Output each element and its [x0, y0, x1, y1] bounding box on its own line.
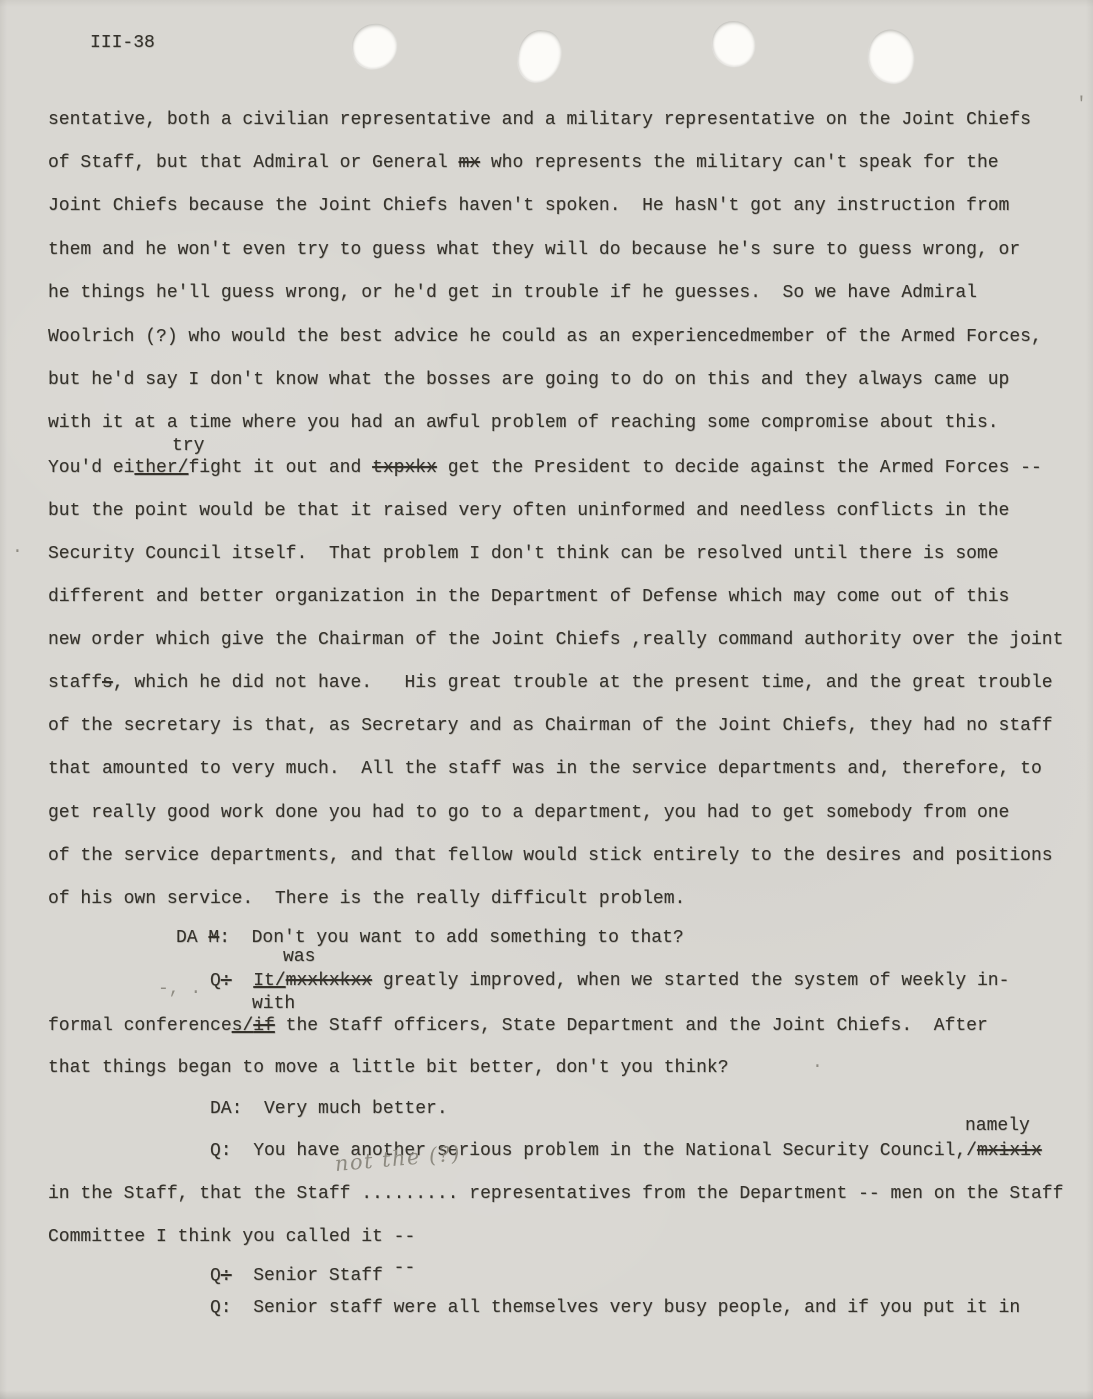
- text-segment: of his own service. There is the really …: [48, 889, 685, 909]
- dialogue-line: Q: Senior staff were all themselves very…: [210, 1298, 1020, 1319]
- text-segment: -, .: [158, 979, 201, 999]
- text-segment: Q: You have another serious problem in t…: [210, 1141, 977, 1161]
- text-line: them and he won't even try to guess what…: [48, 240, 1020, 261]
- punch-hole: [862, 25, 920, 87]
- text-segment: was: [283, 947, 315, 967]
- stray-mark: ': [1076, 95, 1087, 116]
- text-segment: DA: [176, 928, 208, 948]
- text-segment: different and better organization in the…: [48, 587, 1009, 607]
- text-segment: staff: [48, 673, 102, 693]
- struck-text: M: [208, 928, 219, 948]
- text-segment: ': [1076, 95, 1087, 115]
- text-segment: ther/: [134, 458, 188, 478]
- stray-mark: .: [12, 538, 23, 559]
- text-line: sentative, both a civilian representativ…: [48, 110, 1031, 131]
- punch-hole: [712, 21, 755, 66]
- punch-hole: [515, 28, 564, 85]
- struck-text: txpxkx: [372, 458, 437, 478]
- text-segment: Security Council itself. That problem I …: [48, 544, 999, 564]
- text-line: with it at a time where you had an awful…: [48, 413, 999, 434]
- text-segment: Committee I think you called it --: [48, 1227, 415, 1247]
- text-line: You'd either/fight it out and txpxkx get…: [48, 458, 1042, 479]
- text-line: of his own service. There is the really …: [48, 889, 685, 910]
- text-segment: DA: Very much better.: [210, 1099, 448, 1119]
- text-segment: Woolrich (?) who would the best advice h…: [48, 327, 1042, 347]
- text-segment: [232, 971, 254, 991]
- text-line: new order which give the Chairman of the…: [48, 630, 1063, 651]
- inserted-word: was: [283, 947, 315, 968]
- text-line: but the point would be that it raised ve…: [48, 501, 1009, 522]
- text-segment: with it at a time where you had an awful…: [48, 413, 999, 433]
- text-segment: fight it out and: [188, 458, 372, 478]
- text-segment: You'd ei: [48, 458, 134, 478]
- dialogue-line: Q: It/mxxkxkxx greatly improved, when we…: [210, 971, 1009, 992]
- inserted-word: try: [172, 436, 204, 457]
- struck-text: mx: [458, 153, 480, 173]
- struck-text: :: [221, 971, 232, 991]
- text-line: different and better organization in the…: [48, 587, 1009, 608]
- text-line: Security Council itself. That problem I …: [48, 544, 999, 565]
- text-segment: with: [252, 994, 295, 1014]
- document-page: III-38 sentative, both a civilian repres…: [0, 0, 1093, 1399]
- text-segment: It/: [253, 971, 285, 991]
- text-segment: : Don't you want to add something to tha…: [219, 928, 683, 948]
- text-segment: who represents the military can't speak …: [480, 153, 998, 173]
- text-segment: in the Staff, that the Staff ......... r…: [48, 1184, 1063, 1204]
- text-segment: sentative, both a civilian representativ…: [48, 110, 1031, 130]
- text-segment: get the President to decide against the …: [437, 458, 1042, 478]
- text-segment: new order which give the Chairman of the…: [48, 630, 1063, 650]
- text-segment: .: [812, 1053, 823, 1073]
- dialogue-line: DA M: Don't you want to add something to…: [176, 928, 684, 949]
- struck-text: mxixix: [977, 1141, 1042, 1161]
- text-line: he things he'll guess wrong, or he'd get…: [48, 283, 977, 304]
- text-segment: formal conference: [48, 1016, 232, 1036]
- stray-mark: .: [812, 1053, 823, 1074]
- text-segment: them and he won't even try to guess what…: [48, 240, 1020, 260]
- text-line: get really good work done you had to go …: [48, 803, 1009, 824]
- text-line: of the service departments, and that fel…: [48, 846, 1053, 867]
- text-line: Woolrich (?) who would the best advice h…: [48, 327, 1042, 348]
- struck-text: mxxkxkxx: [286, 971, 372, 991]
- text-segment: namely: [965, 1116, 1030, 1136]
- struck-text: :: [221, 1266, 232, 1286]
- text-segment: the Staff officers, State Department and…: [275, 1016, 988, 1036]
- text-line: formal conferences/if the Staff officers…: [48, 1016, 988, 1037]
- text-segment: get really good work done you had to go …: [48, 803, 1009, 823]
- struck-text: if: [253, 1016, 275, 1036]
- text-segment: Q: [210, 971, 221, 991]
- text-segment: of Staff, but that Admiral or General: [48, 153, 458, 173]
- text-segment: of the service departments, and that fel…: [48, 846, 1053, 866]
- text-segment: Joint Chiefs because the Joint Chiefs ha…: [48, 196, 1009, 216]
- text-line: staffs, which he did not have. His great…: [48, 673, 1053, 694]
- text-line: of Staff, but that Admiral or General mx…: [48, 153, 999, 174]
- page-number: III-38: [90, 33, 155, 54]
- stray-mark: -, .: [158, 979, 201, 1000]
- text-line: in the Staff, that the Staff ......... r…: [48, 1184, 1063, 1205]
- text-line: Joint Chiefs because the Joint Chiefs ha…: [48, 196, 1009, 217]
- struck-text: s: [102, 673, 113, 693]
- text-segment: .: [12, 538, 23, 558]
- text-line: that things began to move a little bit b…: [48, 1058, 729, 1079]
- text-segment: Q: Senior staff were all themselves very…: [210, 1298, 1020, 1318]
- text-segment: but the point would be that it raised ve…: [48, 501, 1009, 521]
- text-line: Committee I think you called it --: [48, 1227, 415, 1248]
- text-segment: he things he'll guess wrong, or he'd get…: [48, 283, 977, 303]
- dialogue-line: Q: Senior Staff --: [210, 1266, 415, 1287]
- text-line: that amounted to very much. All the staf…: [48, 759, 1042, 780]
- text-segment: of the secretary is that, as Secretary a…: [48, 716, 1053, 736]
- text-segment: , which he did not have. His great troub…: [113, 673, 1053, 693]
- inserted-word: namely: [965, 1116, 1030, 1137]
- dialogue-line: DA: Very much better.: [210, 1099, 448, 1120]
- text-segment: s/: [232, 1016, 254, 1036]
- text-segment: but he'd say I don't know what the bosse…: [48, 370, 1009, 390]
- text-line: of the secretary is that, as Secretary a…: [48, 716, 1053, 737]
- text-segment: that amounted to very much. All the staf…: [48, 759, 1042, 779]
- text-line: but he'd say I don't know what the bosse…: [48, 370, 1009, 391]
- text-segment: that things began to move a little bit b…: [48, 1058, 729, 1078]
- inserted-word: with: [252, 994, 295, 1015]
- text-segment: Senior Staff: [232, 1266, 394, 1286]
- text-segment: greatly improved, when we started the sy…: [372, 971, 1009, 991]
- text-segment: try: [172, 436, 204, 456]
- punch-hole: [349, 21, 400, 71]
- text-segment: Q: [210, 1266, 221, 1286]
- text-segment: --: [394, 1258, 416, 1278]
